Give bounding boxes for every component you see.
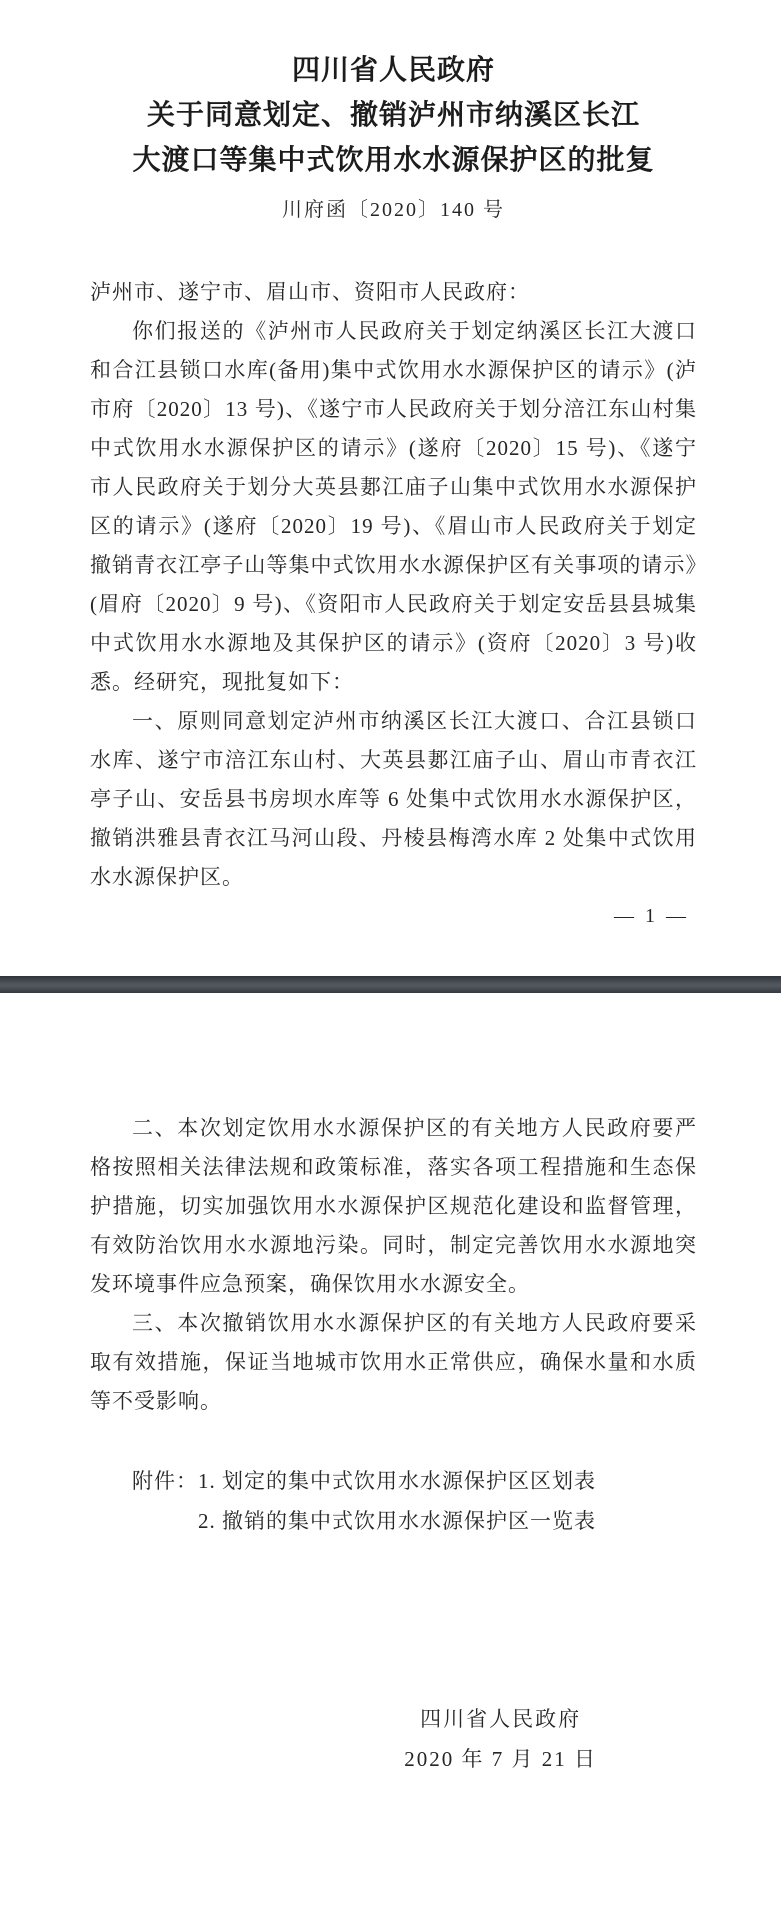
body-paragraph-3: 二、本次划定饮用水水源保护区的有关地方人民政府要严格按照相关法律法规和政策标准，…: [90, 1109, 697, 1304]
body-paragraph-4: 三、本次撤销饮用水水源保护区的有关地方人民政府要采取有效措施，保证当地城市饮用水…: [90, 1304, 697, 1421]
signature-block: 四川省人民政府 2020 年 7 月 21 日: [404, 1699, 597, 1779]
body-paragraph-1: 你们报送的《泸州市人民政府关于划定纳溪区长江大渡口和合江县锁口水库(备用)集中式…: [90, 312, 697, 702]
page-2: 二、本次划定饮用水水源保护区的有关地方人民政府要严格按照相关法律法规和政策标准，…: [0, 993, 781, 1910]
attachment-label: 附件：: [132, 1469, 198, 1493]
page-number: — 1 —: [90, 897, 697, 936]
document-title: 四川省人民政府 关于同意划定、撤销泸州市纳溪区长江 大渡口等集中式饮用水水源保护…: [90, 48, 697, 183]
signer-name: 四川省人民政府: [420, 1699, 581, 1739]
page-1: 四川省人民政府 关于同意划定、撤销泸州市纳溪区长江 大渡口等集中式饮用水水源保护…: [0, 0, 781, 976]
title-line-3: 大渡口等集中式饮用水水源保护区的批复: [90, 138, 697, 183]
title-line-2: 关于同意划定、撤销泸州市纳溪区长江: [90, 93, 697, 138]
body-paragraph-2: 一、原则同意划定泸州市纳溪区长江大渡口、合江县锁口水库、遂宁市涪江东山村、大英县…: [90, 702, 697, 897]
title-line-1: 四川省人民政府: [90, 48, 697, 93]
page-separator: [0, 976, 781, 993]
doc-number: 川府函〔2020〕140 号: [90, 195, 697, 225]
attachment-item-2: 2. 撤销的集中式饮用水水源保护区一览表: [132, 1501, 697, 1541]
salutation: 泸州市、遂宁市、眉山市、资阳市人民政府：: [90, 273, 697, 312]
attachment-item-1: 附件：1. 划定的集中式饮用水水源保护区区划表: [132, 1461, 697, 1501]
signature-date: 2020 年 7 月 21 日: [404, 1739, 597, 1779]
attachment-list: 附件：1. 划定的集中式饮用水水源保护区区划表 2. 撤销的集中式饮用水水源保护…: [132, 1461, 697, 1541]
